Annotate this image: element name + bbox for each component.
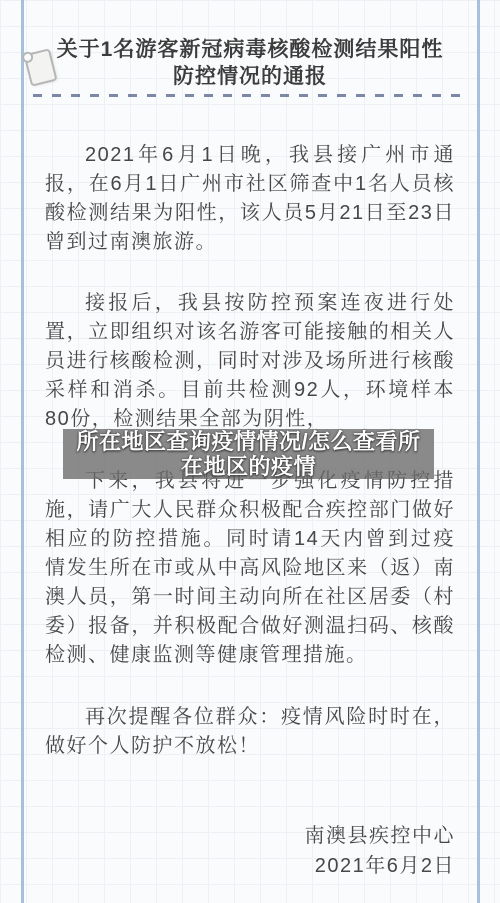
notice-right-border	[477, 0, 480, 903]
notice-paragraph-2: 接报后，我县按防控预案连夜进行处置，立即组织对该名游客可能接触的相关人员进行核酸…	[45, 289, 455, 434]
notice-title: 关于1名游客新冠病毒核酸检测结果阳性 防控情况的通报	[45, 36, 455, 90]
notice-title-line2: 防控情况的通报	[45, 63, 455, 90]
caption-overlay-line2: 在地区的疫情	[63, 454, 434, 479]
caption-overlay: 所在地区查询疫情情况/怎么查看所 在地区的疫情	[63, 429, 434, 479]
caption-overlay-line1: 所在地区查询疫情情况/怎么查看所	[63, 429, 434, 454]
dashed-divider	[33, 94, 467, 97]
notice-issuer: 南澳县疾控中心	[45, 821, 455, 851]
notice-left-border	[21, 0, 24, 903]
notice-signature-block: 南澳县疾控中心 2021年6月2日	[45, 821, 455, 881]
notice-title-line1: 关于1名游客新冠病毒核酸检测结果阳性	[45, 36, 455, 63]
notice-date: 2021年6月2日	[45, 851, 455, 881]
notice-paragraph-4: 再次提醒各位群众：疫情风险时时在，做好个人防护不放松！	[45, 703, 455, 761]
notice-paragraph-3: 下来，我县将进一步强化疫情防控措施，请广大人民群众积极配合疾控部门做好相应的防控…	[45, 467, 455, 670]
notice-paragraph-1: 2021年6月1日晚，我县接广州市通报，在6月1日广州市社区筛查中1名人员核酸检…	[45, 141, 455, 257]
